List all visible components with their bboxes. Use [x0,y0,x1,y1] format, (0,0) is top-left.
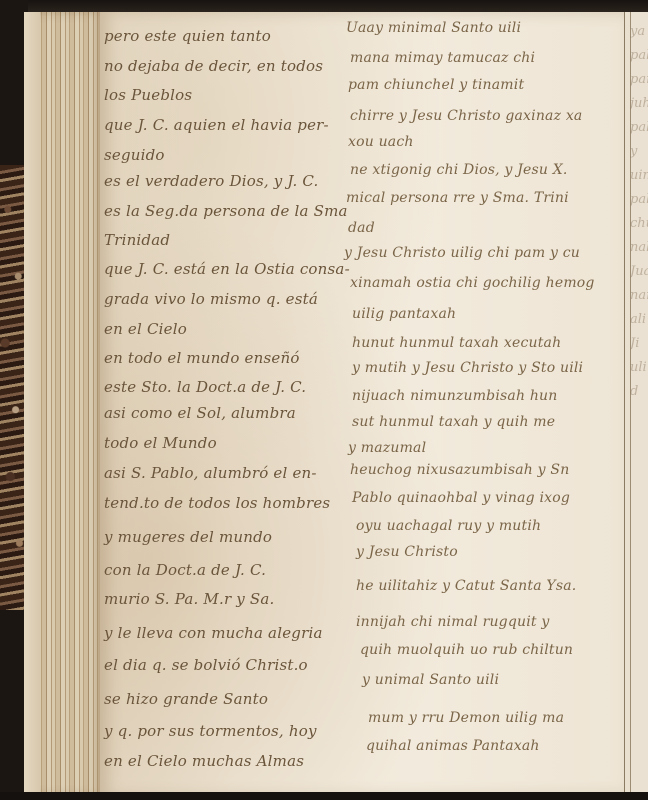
mayan-line: chirre y Jesu Christo gaxinaz xa [350,108,582,124]
spanish-line: el dia q. se bolvió Christ.o [104,656,308,674]
mayan-line: ne xtigonig chi Dios, y Jesu X. [350,162,568,178]
mayan-line: mana mimay tamucaz chi [350,50,535,66]
spanish-line: asi como el Sol, alumbra [104,404,296,422]
marbled-cover [0,165,26,610]
bleed-line: pali [630,188,648,212]
mayan-line: mical persona rre y Sma. Trini [346,190,569,206]
page-fore-edge [24,12,40,796]
mayan-line: innijah chi nimal rugquit y [356,614,549,630]
spanish-line: y mugeres del mundo [104,528,272,546]
spanish-line: y q. por sus tormentos, hoy [104,722,317,740]
bleed-line: nal [630,236,648,260]
mayan-line: y mutih y Jesu Christo y Sto uili [352,360,583,376]
bleed-line: juh [630,92,648,116]
mayan-line: oyu uachagal ruy y mutih [356,518,541,534]
mayan-line: quihal animas Pantaxah [366,738,540,754]
mayan-line: y unimal Santo uili [362,672,499,688]
bleed-line: pan [630,68,648,92]
mayan-line: Pablo quinaohbal y vinag ixog [352,490,570,506]
book-cover-top [0,0,648,12]
spanish-line: en el Cielo muchas Almas [104,752,304,770]
bleed-line: nam [630,284,648,308]
mayan-line: heuchog nixusazumbisah y Sn [350,462,569,478]
spanish-line: pero este quien tanto [104,27,271,45]
bleed-line: d [630,380,648,404]
spanish-line: es el verdadero Dios, y J. C. [104,172,319,190]
spanish-line: en el Cielo [104,320,187,338]
bleed-line: pale [630,116,648,140]
spanish-line: con la Doct.a de J. C. [104,561,266,579]
spanish-line: asi S. Pablo, alumbró el en- [104,464,317,482]
mayan-line: y Jesu Christo uilig chi pam y cu [344,245,580,261]
mayan-line: Uaay minimal Santo uili [346,20,521,36]
bleed-line: uli [630,356,648,380]
mayan-line: mum y rru Demon uilig ma [368,710,564,726]
spanish-line: este Sto. la Doct.a de J. C. [104,378,306,396]
spanish-line: no dejaba de decir, en todos [104,57,323,75]
spanish-line: que J. C. aquien el havia per- [104,116,329,134]
mayan-line: dad [348,220,375,236]
spanish-line: los Pueblos [104,86,192,104]
spanish-line: Trinidad [104,231,170,249]
spanish-line: murio S. Pa. M.r y Sa. [104,590,275,608]
mayan-line: y mazumal [348,440,426,456]
spanish-line: grada vivo lo mismo q. está [104,290,318,308]
mayan-line: nijuach nimunzumbisah hun [352,388,557,404]
mayan-line: xinamah ostia chi gochilig hemog [350,275,595,291]
mayan-line: quih muolquih uo rub chiltun [360,642,573,658]
spanish-line: todo el Mundo [104,434,217,452]
spanish-line: es la Seg.da persona de la Sma [104,202,348,220]
right-page-bleed-text: ya pab pan juh pale y uine pali chuuo na… [630,20,648,790]
mayan-line: xou uach [348,134,414,150]
bleed-line: uine [630,164,648,188]
bleed-line: Juan [630,260,648,284]
spanish-line: seguido [104,146,165,164]
spanish-line: que J. C. está en la Ostia consa- [104,260,350,278]
bleed-line: chuuo [630,212,648,236]
spanish-line: tend.to de todos los hombres [104,494,330,512]
mayan-line: he uilitahiz y Catut Santa Ysa. [356,578,576,594]
bleed-line: y [630,140,648,164]
mayan-line: sut hunmul taxah y quih me [352,414,555,430]
bleed-line: ali [630,308,648,332]
book-cover-bottom [0,792,648,800]
bleed-line: pab [630,44,648,68]
mayan-line: hunut hunmul taxah xecutah [352,335,561,351]
bleed-line: Ji [630,332,648,356]
mayan-line: uilig pantaxah [352,306,456,322]
spanish-line: y le lleva con mucha alegria [104,624,323,642]
spanish-line: se hizo grande Santo [104,690,268,708]
mayan-line: pam chiunchel y tinamit [348,77,524,93]
mayan-line: y Jesu Christo [356,544,458,560]
spanish-line: en todo el mundo enseñó [104,349,300,367]
bleed-line: ya [630,20,648,44]
